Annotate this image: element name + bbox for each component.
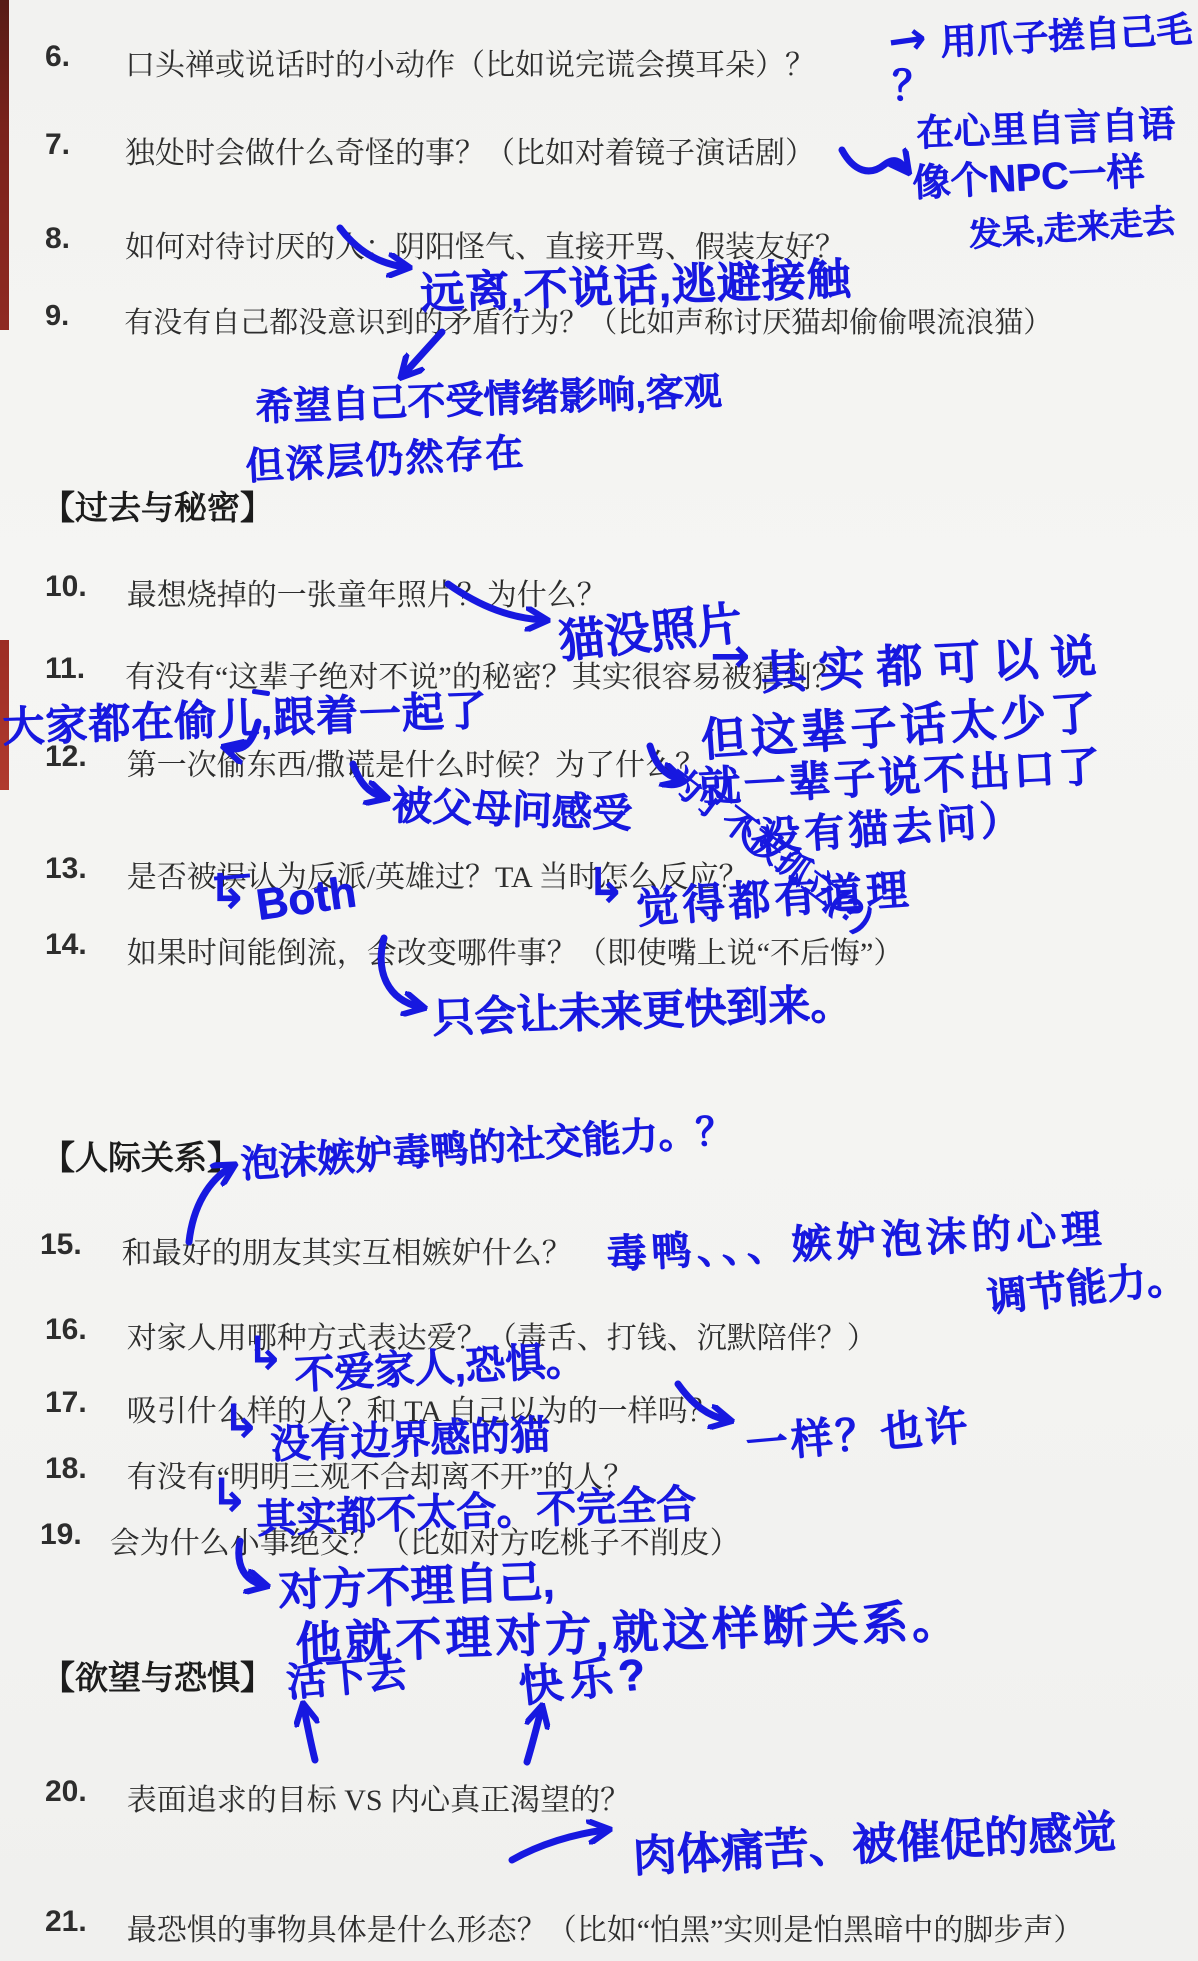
question-6: 6. 口头禅或说话时的小动作（比如说完谎会摸耳朵）？ [45, 40, 815, 84]
arrow-npc-squiggle [842, 150, 906, 171]
annotation-same: 一样？也许 [743, 1392, 972, 1471]
annotation-happy: 快乐? [515, 1637, 654, 1715]
question-6-text: 口头禅或说话时的小动作（比如说完谎会摸耳朵）？ [125, 40, 815, 84]
question-15-number: 15. [40, 1228, 82, 1272]
annotation-pain: 肉体痛苦、被催促的感觉 [631, 1795, 1118, 1884]
question-20: 20. 表面追求的目标 VS 内心真正渴望的？ [45, 1775, 630, 1819]
question-10-number: 10. [45, 570, 87, 614]
scan-edge-top [0, 0, 9, 330]
question-10: 10. 最想烧掉的一张童年照片？为什么？ [45, 570, 607, 614]
question-21-number: 21. [45, 1905, 87, 1949]
question-20-number: 20. [45, 1775, 87, 1819]
arrow-hook-boundless: ↳ [222, 1398, 261, 1444]
question-9-number: 9. [45, 300, 69, 341]
question-6-number: 6. [45, 40, 70, 84]
annotation-askedfeel: 被父母问感受 [391, 774, 633, 839]
question-21-text: 最恐惧的事物具体是什么形态？（比如“怕黑”实则是怕黑暗中的脚步声） [127, 1905, 1084, 1949]
annotation-claw: 用爪子搓自己毛 [939, 1, 1193, 65]
question-7-number: 7. [45, 128, 70, 172]
annotation-survive: 活下去 [284, 1641, 409, 1708]
scanned-questionnaire-page: 6. 口头禅或说话时的小动作（比如说完谎会摸耳朵）？ 7. 独处时会做什么奇怪的… [0, 0, 1198, 1961]
annotation-deep: 但深层仍然存在 [244, 421, 527, 491]
arrow-q21-pain [512, 1830, 605, 1860]
question-15: 15. 和最好的朋友其实互相嫉妒什么？ [40, 1228, 572, 1272]
question-20-text: 表面追求的目标 VS 内心真正渴望的？ [127, 1775, 630, 1819]
arrow-q20-happy-up [527, 1710, 541, 1762]
question-8-number: 8. [45, 222, 70, 266]
question-13-number: 13. [45, 852, 87, 896]
question-10-text: 最想烧掉的一张童年照片？为什么？ [127, 570, 607, 614]
question-11-number: 11. [45, 652, 85, 696]
annotation-boundless: 没有边界感的猫 [269, 1403, 551, 1470]
annotation-npc: 像个NPC一样 [911, 140, 1146, 207]
arrow-right-cansay: → [710, 632, 750, 680]
question-7-text: 独处时会做什么奇怪的事？（比如对着镜子演话剧） [125, 128, 815, 172]
arrow-q20-survive-up [304, 1708, 315, 1760]
question-7: 7. 独处时会做什么奇怪的事？（比如对着镜子演话剧） [45, 128, 815, 172]
arrow-hook-both: ↳ [208, 868, 248, 916]
arrow-hook-nolove: ↳ [246, 1330, 285, 1376]
arrow-hook-notfit: ↳ [210, 1472, 249, 1518]
question-14: 14. 如果时间能倒流，会改变哪件事？（即使嘴上说“不后悔”） [45, 928, 903, 972]
annotation-bubbleenvy: 泡沫嫉妒毒鸭的社交能力。？ [239, 1099, 736, 1188]
question-21: 21. 最恐惧的事物具体是什么形态？（比如“怕黑”实则是怕黑暗中的脚步声） [45, 1905, 1083, 1949]
section-desire-fear: 【欲望与恐惧】 [42, 1652, 273, 1699]
question-19-number: 19. [40, 1518, 82, 1562]
section-relationships: 【人际关系】 [42, 1132, 240, 1179]
arrow-hook-makesense: ↳ [586, 862, 626, 910]
question-14-number: 14. [45, 928, 87, 972]
question-15-text: 和最好的朋友其实互相嫉妒什么？ [122, 1228, 572, 1272]
annotation-future: 只会让未来更快到来。 [431, 971, 853, 1046]
section-past-secrets: 【过去与秘密】 [42, 482, 273, 529]
question-17-number: 17. [45, 1386, 87, 1430]
question-14-text: 如果时间能倒流，会改变哪件事？（即使嘴上说“不后悔”） [127, 928, 904, 972]
question-16-number: 16. [45, 1313, 87, 1357]
annotation-daze: 发呆,走来走去 [967, 195, 1177, 256]
question-18-number: 18. [45, 1452, 87, 1496]
annotation-wish: 希望自己不受情绪影响,客观 [254, 360, 722, 431]
